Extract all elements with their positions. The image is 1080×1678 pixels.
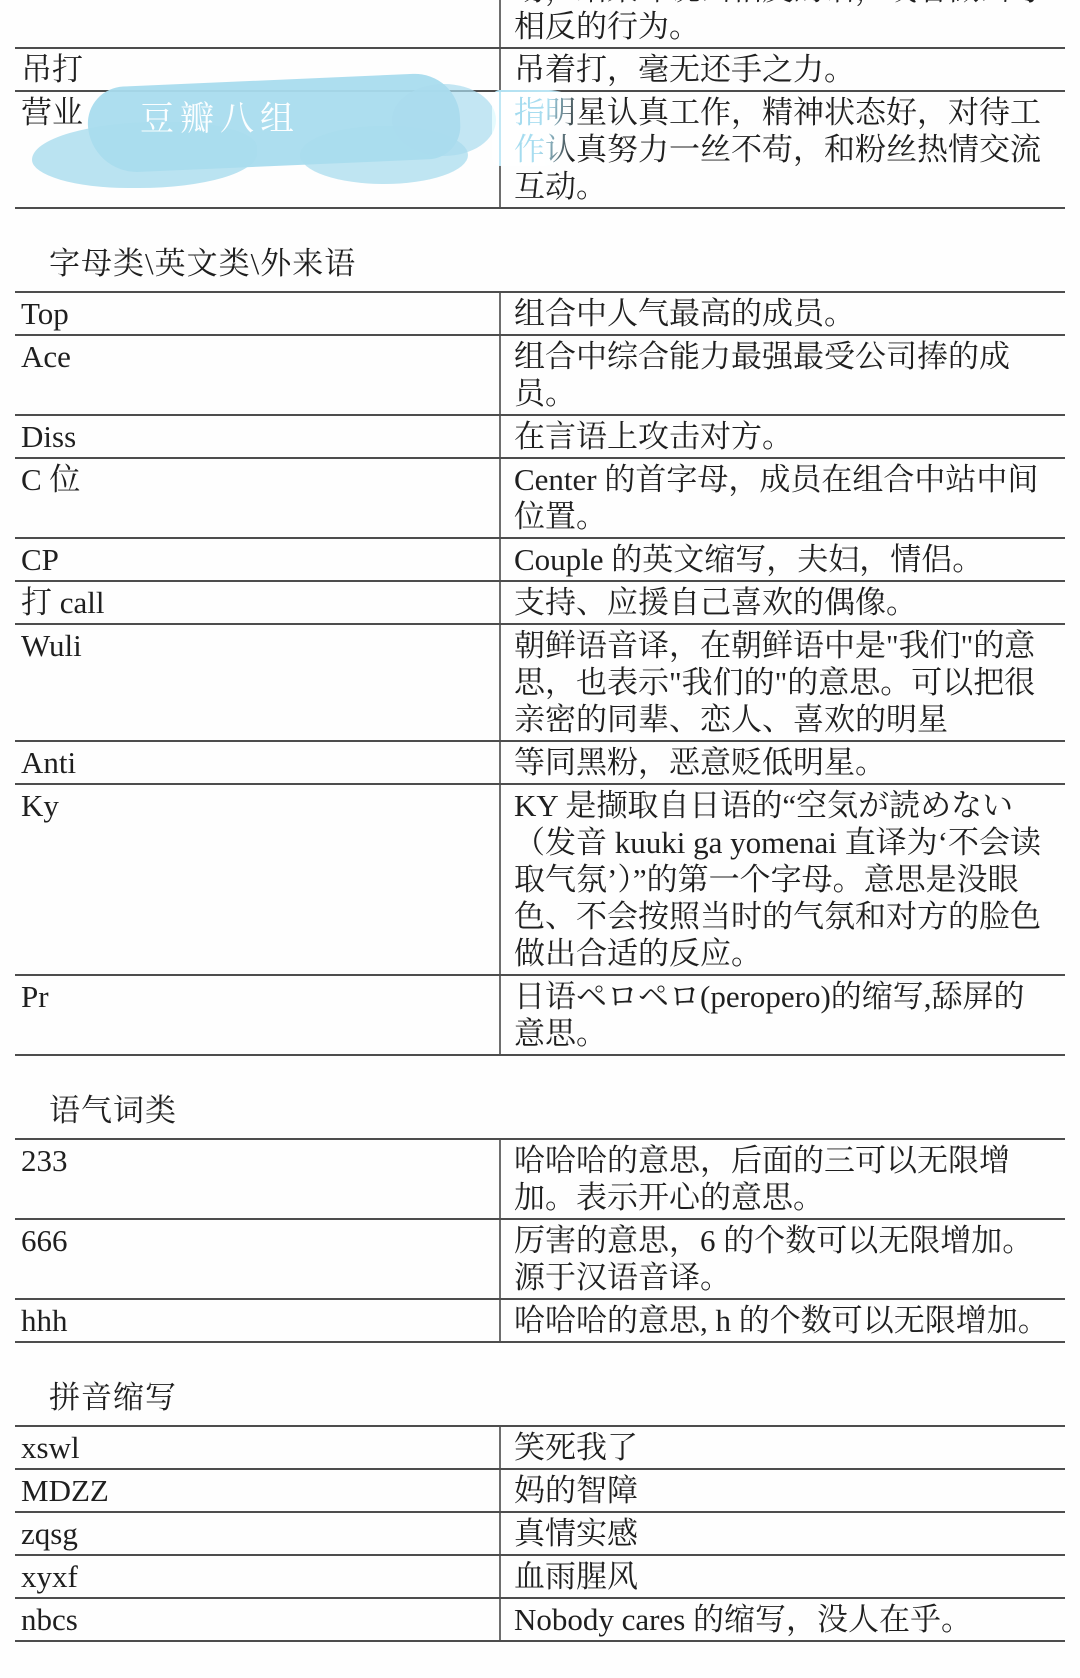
table-row: Pr日语ペロペロ(peropero)的缩写,舔屏的意思。 xyxy=(15,976,1065,1056)
glossary-table: 场，结果却说出相反的话，或者做出与 相反的行为。吊打吊着打，毫无还手之力。营业指… xyxy=(15,0,1065,209)
definition-text: 血雨腥风 xyxy=(514,1558,1051,1595)
glossary-section: 拼音缩写xswl笑死我了MDZZ妈的智障zqsg真情实感xyxf血雨腥风nbcs… xyxy=(15,1379,1065,1642)
table-row: xswl笑死我了 xyxy=(15,1427,1065,1470)
definition-cell: 朝鲜语音译，在朝鲜语中是"我们"的意思，也表示"我们的"的意思。可以把很亲密的同… xyxy=(499,625,1065,740)
definition-text: 朝鲜语音译，在朝鲜语中是"我们"的意思，也表示"我们的"的意思。可以把很亲密的同… xyxy=(514,627,1051,738)
term-cell: MDZZ xyxy=(15,1470,499,1511)
definition-text: 指明星认真工作，精神状态好，对待工作认真努力一丝不苟，和粉丝热情交流互动。 xyxy=(514,94,1051,205)
definition-cell: 支持、应援自己喜欢的偶像。 xyxy=(499,582,1065,623)
table-row: 666厉害的意思，6 的个数可以无限增加。源于汉语音译。 xyxy=(15,1220,1065,1300)
term-cell: Pr xyxy=(15,976,499,1054)
definition-cell: KY 是撷取自日语的“空気が読めない（发音 kuuki ga yomenai 直… xyxy=(499,785,1065,974)
term-cell: xswl xyxy=(15,1427,499,1468)
definition-cell: 场，结果却说出相反的话，或者做出与 相反的行为。 xyxy=(499,0,1065,47)
table-row: Anti等同黑粉，恶意贬低明星。 xyxy=(15,742,1065,785)
term-cell: nbcs xyxy=(15,1599,499,1640)
definition-text: 日语ペロペロ(peropero)的缩写,舔屏的意思。 xyxy=(514,978,1051,1052)
term-cell: C 位 xyxy=(15,459,499,537)
definition-cell: 组合中人气最高的成员。 xyxy=(499,293,1065,334)
definition-cell: Couple 的英文缩写，夫妇，情侣。 xyxy=(499,539,1065,580)
definition-text: 支持、应援自己喜欢的偶像。 xyxy=(514,584,1051,621)
glossary-table: Top组合中人气最高的成员。Ace组合中综合能力最强最受公司捧的成员。Diss在… xyxy=(15,291,1065,1056)
definition-cell: Nobody cares 的缩写，没人在乎。 xyxy=(499,1599,1065,1640)
section-title: 语气词类 xyxy=(49,1092,1065,1130)
term-cell: Ky xyxy=(15,785,499,974)
definition-cell: Center 的首字母，成员在组合中站中间位置。 xyxy=(499,459,1065,537)
table-row: KyKY 是撷取自日语的“空気が読めない（发音 kuuki ga yomenai… xyxy=(15,785,1065,976)
table-row: xyxf血雨腥风 xyxy=(15,1556,1065,1599)
glossary-table: 233哈哈哈的意思，后面的三可以无限增加。表示开心的意思。666厉害的意思，6 … xyxy=(15,1138,1065,1343)
term-cell: CP xyxy=(15,539,499,580)
definition-text: Couple 的英文缩写，夫妇，情侣。 xyxy=(514,541,1051,578)
table-row: 吊打吊着打，毫无还手之力。 xyxy=(15,49,1065,92)
definition-cell: 等同黑粉，恶意贬低明星。 xyxy=(499,742,1065,783)
term-cell: xyxf xyxy=(15,1556,499,1597)
definition-cell: 指明星认真工作，精神状态好，对待工作认真努力一丝不苟，和粉丝热情交流互动。 xyxy=(499,92,1065,207)
term-cell: Ace xyxy=(15,336,499,414)
term-cell: 打 call xyxy=(15,582,499,623)
table-row: nbcsNobody cares 的缩写，没人在乎。 xyxy=(15,1599,1065,1642)
table-row: Ace组合中综合能力最强最受公司捧的成员。 xyxy=(15,336,1065,416)
table-row: Diss在言语上攻击对方。 xyxy=(15,416,1065,459)
term-cell: Top xyxy=(15,293,499,334)
definition-cell: 组合中综合能力最强最受公司捧的成员。 xyxy=(499,336,1065,414)
definition-cell: 真情实感 xyxy=(499,1513,1065,1554)
term-cell: 666 xyxy=(15,1220,499,1298)
glossary-sections: 场，结果却说出相反的话，或者做出与 相反的行为。吊打吊着打，毫无还手之力。营业指… xyxy=(15,0,1065,1642)
definition-text: 组合中人气最高的成员。 xyxy=(514,295,1051,332)
definition-cell: 厉害的意思，6 的个数可以无限增加。源于汉语音译。 xyxy=(499,1220,1065,1298)
definition-text: 吊着打，毫无还手之力。 xyxy=(514,51,1051,88)
term-cell: Diss xyxy=(15,416,499,457)
glossary-section: 语气词类233哈哈哈的意思，后面的三可以无限增加。表示开心的意思。666厉害的意… xyxy=(15,1092,1065,1343)
term-cell: 营业 xyxy=(15,92,499,207)
term-cell: hhh xyxy=(15,1300,499,1341)
definition-text: 真情实感 xyxy=(514,1515,1051,1552)
definition-cell: 吊着打，毫无还手之力。 xyxy=(499,49,1065,90)
term-cell: 233 xyxy=(15,1140,499,1218)
section-title: 字母类\英文类\外来语 xyxy=(49,245,1065,283)
table-row: C 位Center 的首字母，成员在组合中站中间位置。 xyxy=(15,459,1065,539)
table-row: 营业指明星认真工作，精神状态好，对待工作认真努力一丝不苟，和粉丝热情交流互动。 xyxy=(15,92,1065,209)
definition-cell: 日语ペロペロ(peropero)的缩写,舔屏的意思。 xyxy=(499,976,1065,1054)
table-row: zqsg真情实感 xyxy=(15,1513,1065,1556)
definition-cell: 哈哈哈的意思，后面的三可以无限增加。表示开心的意思。 xyxy=(499,1140,1065,1218)
term-cell: Anti xyxy=(15,742,499,783)
term-cell: 吊打 xyxy=(15,49,499,90)
table-row: Wuli朝鲜语音译，在朝鲜语中是"我们"的意思，也表示"我们的"的意思。可以把很… xyxy=(15,625,1065,742)
definition-text: 哈哈哈的意思, h 的个数可以无限增加。 xyxy=(514,1302,1051,1339)
definition-cell: 在言语上攻击对方。 xyxy=(499,416,1065,457)
section-title: 拼音缩写 xyxy=(49,1379,1065,1417)
table-row: 场，结果却说出相反的话，或者做出与 相反的行为。 xyxy=(15,0,1065,49)
table-row: 233哈哈哈的意思，后面的三可以无限增加。表示开心的意思。 xyxy=(15,1140,1065,1220)
table-row: hhh哈哈哈的意思, h 的个数可以无限增加。 xyxy=(15,1300,1065,1343)
definition-text: 妈的智障 xyxy=(514,1472,1051,1509)
definition-text: Nobody cares 的缩写，没人在乎。 xyxy=(514,1601,1051,1638)
definition-text: 厉害的意思，6 的个数可以无限增加。源于汉语音译。 xyxy=(514,1222,1051,1296)
glossary-section: 场，结果却说出相反的话，或者做出与 相反的行为。吊打吊着打，毫无还手之力。营业指… xyxy=(15,0,1065,209)
glossary-section: 字母类\英文类\外来语Top组合中人气最高的成员。Ace组合中综合能力最强最受公… xyxy=(15,245,1065,1056)
definition-text: 组合中综合能力最强最受公司捧的成员。 xyxy=(514,338,1051,412)
glossary-table: xswl笑死我了MDZZ妈的智障zqsg真情实感xyxf血雨腥风nbcsNobo… xyxy=(15,1425,1065,1642)
term-cell: Wuli xyxy=(15,625,499,740)
table-row: MDZZ妈的智障 xyxy=(15,1470,1065,1513)
definition-text: 笑死我了 xyxy=(514,1429,1051,1466)
table-row: Top组合中人气最高的成员。 xyxy=(15,293,1065,336)
definition-cell: 笑死我了 xyxy=(499,1427,1065,1468)
glossary-document: 场，结果却说出相反的话，或者做出与 相反的行为。吊打吊着打，毫无还手之力。营业指… xyxy=(0,0,1080,1678)
definition-cell: 血雨腥风 xyxy=(499,1556,1065,1597)
definition-text: 场，结果却说出相反的话，或者做出与 相反的行为。 xyxy=(514,0,1051,45)
definition-text: 在言语上攻击对方。 xyxy=(514,418,1051,455)
definition-text: 等同黑粉，恶意贬低明星。 xyxy=(514,744,1051,781)
table-row: CPCouple 的英文缩写，夫妇，情侣。 xyxy=(15,539,1065,582)
term-cell: zqsg xyxy=(15,1513,499,1554)
definition-cell: 哈哈哈的意思, h 的个数可以无限增加。 xyxy=(499,1300,1065,1341)
definition-text: Center 的首字母，成员在组合中站中间位置。 xyxy=(514,461,1051,535)
term-cell xyxy=(15,0,499,47)
definition-text: KY 是撷取自日语的“空気が読めない（发音 kuuki ga yomenai 直… xyxy=(514,787,1051,972)
definition-text: 哈哈哈的意思，后面的三可以无限增加。表示开心的意思。 xyxy=(514,1142,1051,1216)
definition-cell: 妈的智障 xyxy=(499,1470,1065,1511)
table-row: 打 call支持、应援自己喜欢的偶像。 xyxy=(15,582,1065,625)
